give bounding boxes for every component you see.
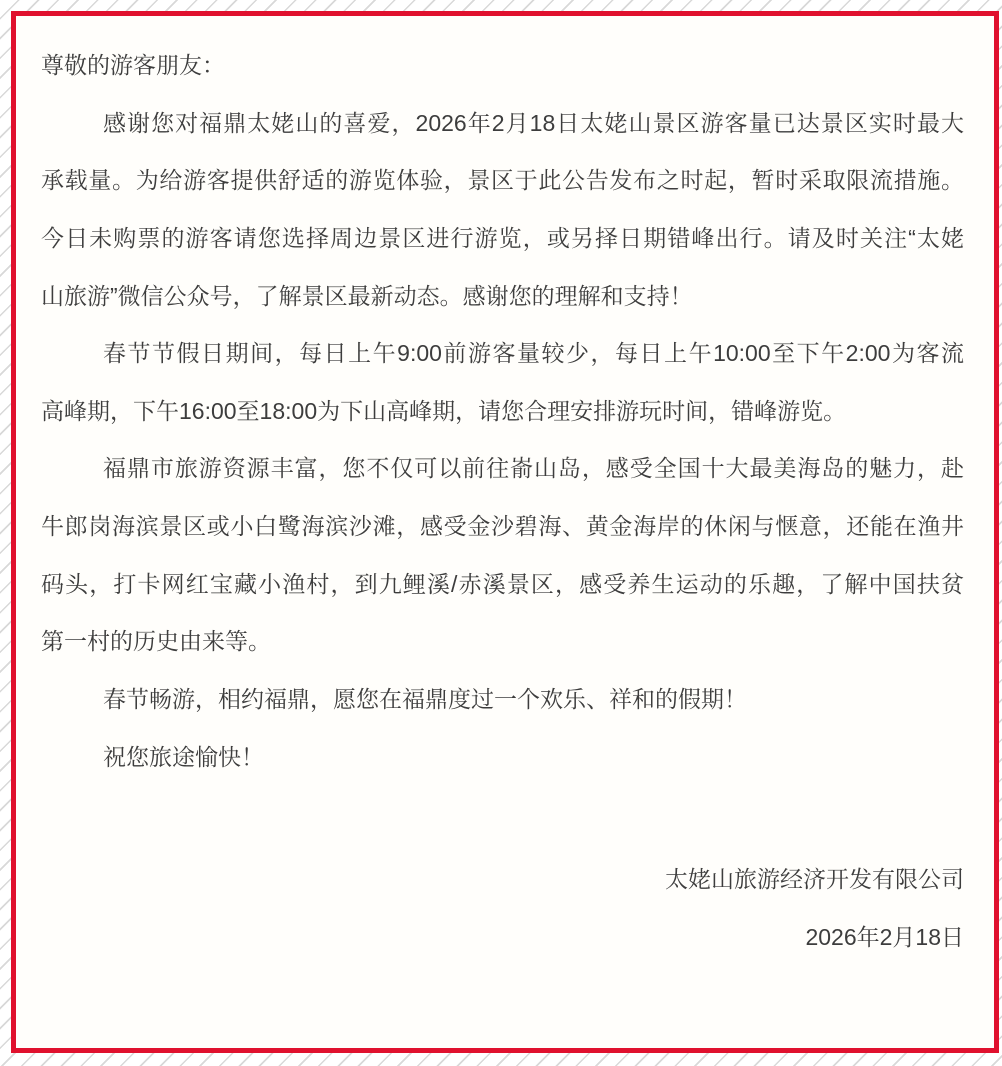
notice-line: 码头，打卡网红宝藏小渔村，到九鲤溪/赤溪景区，感受养生运动的乐趣，了解中国扶贫 xyxy=(41,556,964,614)
notice-line: 春节畅游，相约福鼎，愿您在福鼎度过一个欢乐、祥和的假期！ xyxy=(41,671,964,729)
notice-content: 尊敬的游客朋友： 感谢您对福鼎太姥山的喜爱，2026年2月18日太姥山景区游客量… xyxy=(16,16,994,966)
notice-line: 春节节假日期间，每日上午9:00前游客量较少，每日上午10:00至下午2:00为… xyxy=(41,325,964,383)
notice-card: 尊敬的游客朋友： 感谢您对福鼎太姥山的喜爱，2026年2月18日太姥山景区游客量… xyxy=(11,11,999,1053)
notice-line: 福鼎市旅游资源丰富，您不仅可以前往嵛山岛，感受全国十大最美海岛的魅力，赴 xyxy=(41,440,964,498)
notice-line: 牛郎岗海滨景区或小白鹭海滨沙滩，感受金沙碧海、黄金海岸的休闲与惬意，还能在渔井 xyxy=(41,498,964,556)
notice-line: 第一村的历史由来等。 xyxy=(41,613,964,671)
salutation: 尊敬的游客朋友： xyxy=(41,37,964,95)
notice-line: 山旅游”微信公众号，了解景区最新动态。感谢您的理解和支持！ xyxy=(41,268,964,326)
notice-page: { "notice": { "salutation": "尊敬的游客朋友：", … xyxy=(0,0,1002,1066)
notice-line: 今日未购票的游客请您选择周边景区进行游览，或另择日期错峰出行。请及时关注“太姥 xyxy=(41,210,964,268)
signature-company: 太姥山旅游经济开发有限公司 xyxy=(41,851,964,909)
blank-line xyxy=(41,786,964,844)
notice-line: 高峰期，下午16:00至18:00为下山高峰期，请您合理安排游玩时间，错峰游览。 xyxy=(41,383,964,441)
notice-line: 感谢您对福鼎太姥山的喜爱，2026年2月18日太姥山景区游客量已达景区实时最大 xyxy=(41,95,964,153)
notice-line: 祝您旅途愉快！ xyxy=(41,729,964,787)
notice-line: 承载量。为给游客提供舒适的游览体验，景区于此公告发布之时起，暂时采取限流措施。 xyxy=(41,152,964,210)
signature-date: 2026年2月18日 xyxy=(41,909,964,967)
